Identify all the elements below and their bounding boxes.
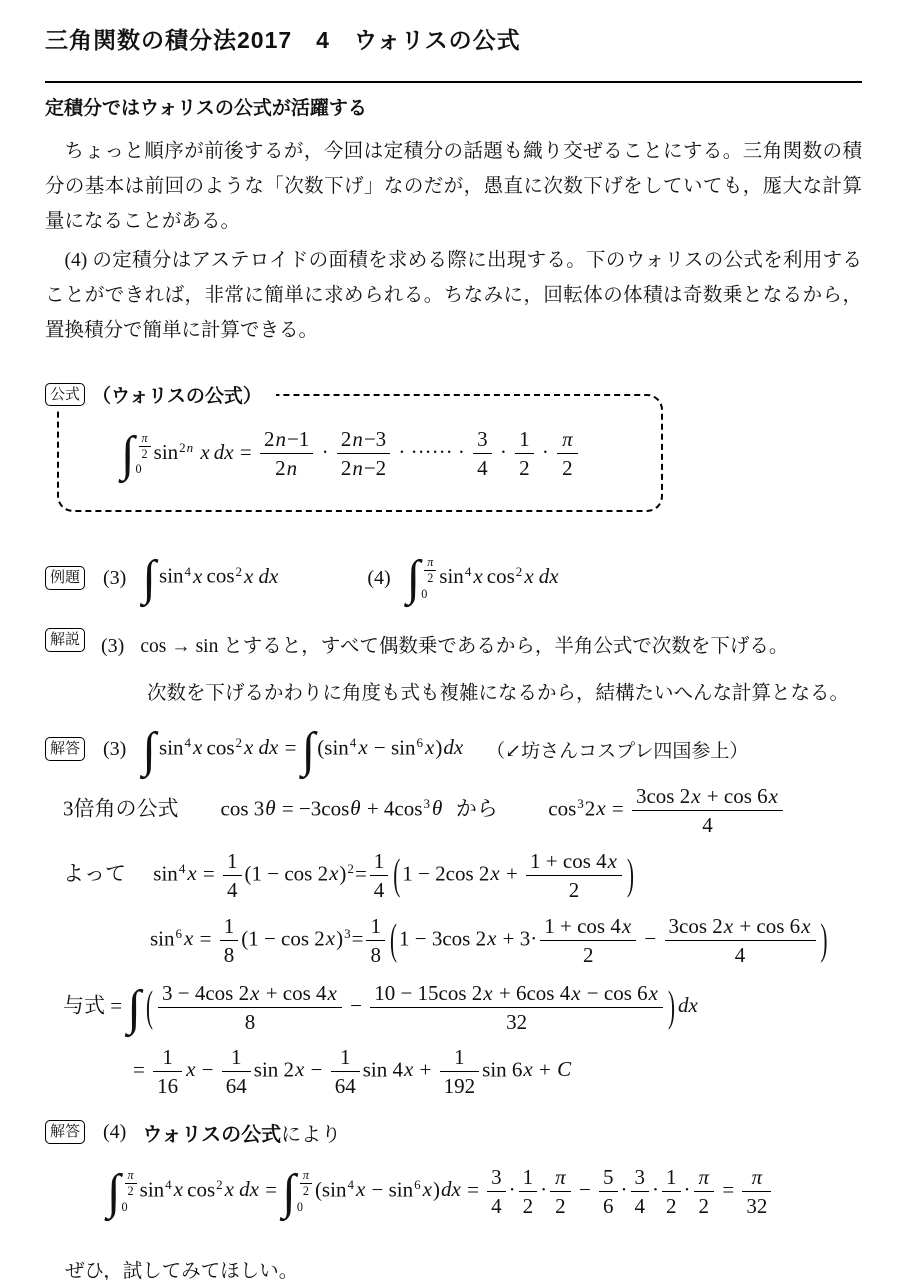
answer-4-row: 解答 (4) ウォリスの公式 により xyxy=(45,1115,862,1149)
triple-angle-equation: 3倍角の公式cos 3θ = −3cosθ + 4cos3θからcos32x =… xyxy=(63,783,786,839)
example-3-number: (3) xyxy=(103,567,126,590)
wallis-formula-box: 公式 （ウォリスの公式） ∫π20sin2nxdx = 2n−12n · 2n−… xyxy=(57,394,663,512)
formula-box-header: 公式 （ウォリスの公式） xyxy=(45,381,276,410)
wallis-formula-bold-reference: ウォリスの公式 xyxy=(142,1118,281,1147)
formula-tag: 公式 xyxy=(45,383,85,407)
explanation-line-1-row: (3) cos → sin とすると，すべて偶数乗であるから，半角公式で次数を下… xyxy=(85,628,849,664)
document-page: 三角関数の積分法2017 4 ウォリスの公式 定積分ではウォリスの公式が活躍する… xyxy=(0,0,905,1280)
answer-4-number: (4) xyxy=(103,1121,126,1144)
antiderivative-result-equation: = 116x − 164sin 2x − 164sin 4x + 1192sin… xyxy=(133,1044,572,1100)
intro-paragraph-2: (4) の定積分はアステロイドの面積を求める際に出現する。下のウォリスの公式を利… xyxy=(45,243,862,348)
title-divider xyxy=(45,81,862,83)
closing-line: ぜひ，試してみてほしい。 xyxy=(65,1255,862,1280)
sin4-expansion-line: よってsin4x = 14(1 − cos 2x)2=14(1 − 2cos 2… xyxy=(63,844,862,906)
sin4-expansion-equation: よってsin4x = 14(1 − cos 2x)2=14(1 − 2cos 2… xyxy=(63,848,636,904)
sin6-expansion-line: sin6x = 18(1 − cos 2x)3=18(1 − 3cos 2x +… xyxy=(150,909,862,971)
given-expression-equation: 与式 = ∫(3 − 4cos 2x + cos 4x8 − 10 − 15co… xyxy=(63,980,699,1036)
example-3-integral: ∫sin4xcos2xdx xyxy=(142,555,279,600)
explanation-body: (3) cos → sin とすると，すべて偶数乗であるから，半角公式で次数を下… xyxy=(85,628,849,711)
answer-4-text: により xyxy=(281,1118,341,1147)
explain-number: (3) xyxy=(101,628,124,664)
sin6-expansion-equation: sin6x = 18(1 − cos 2x)3=18(1 − 3cos 2x +… xyxy=(150,913,830,969)
explanation-line-1: cos → sin とすると，すべて偶数乗であるから，半角公式で次数を下げる。 xyxy=(140,629,788,664)
explanation-line-2: 次数を下げるかわりに角度も式も複雑になるから，結構たいへんな計算となる。 xyxy=(147,676,849,711)
section-heading: 定積分ではウォリスの公式が活躍する xyxy=(45,96,862,122)
example-row: 例題 (3) ∫sin4xcos2xdx (4) ∫π20sin4xcos2xd… xyxy=(45,542,862,614)
answer-3-number: (3) xyxy=(103,738,126,761)
answer-3-tag: 解答 xyxy=(45,737,85,761)
answer-3-row: 解答 (3) ∫sin4xcos2xdx = ∫(sin4x − sin6x)d… xyxy=(45,723,862,775)
final-evaluation-line: ∫π20sin4xcos2xdx = ∫π20(sin4x − sin6x)dx… xyxy=(107,1153,862,1229)
explanation-row: 解説 (3) cos → sin とすると，すべて偶数乗であるから，半角公式で次… xyxy=(45,628,862,711)
example-4-number: (4) xyxy=(367,567,390,590)
answer-3-mnemonic-note: （↙坊さんコスプレ四国参上） xyxy=(486,736,748,763)
example-tag: 例題 xyxy=(45,566,85,590)
final-evaluation-equation: ∫π20sin4xcos2xdx = ∫π20(sin4x − sin6x)dx… xyxy=(107,1164,774,1220)
formula-box-title: （ウォリスの公式） xyxy=(92,381,262,408)
intro-paragraph-1: ちょっと順序が前後するが，今回は定積分の話題も織り交ぜることにする。三角関数の積… xyxy=(45,134,862,239)
antiderivative-result-line: = 116x − 164sin 2x − 164sin 4x + 1192sin… xyxy=(133,1043,862,1099)
answer-4-tag: 解答 xyxy=(45,1120,85,1144)
page-title: 三角関数の積分法2017 4 ウォリスの公式 xyxy=(45,26,862,56)
explain-tag: 解説 xyxy=(45,628,85,652)
example-4-integral: ∫π20sin4xcos2xdx xyxy=(407,554,560,602)
wallis-formula-equation: ∫π20sin2nxdx = 2n−12n · 2n−32n−2 · ·····… xyxy=(121,440,581,464)
answer-3-equation: ∫sin4xcos2xdx = ∫(sin4x − sin6x)dx xyxy=(142,727,464,772)
given-expression-line: 与式 = ∫(3 − 4cos 2x + cos 4x8 − 10 − 15co… xyxy=(63,974,862,1040)
triple-angle-formula-line: 3倍角の公式cos 3θ = −3cosθ + 4cos3θからcos32x =… xyxy=(63,779,862,841)
formula-box-body: ∫π20sin2nxdx = 2n−12n · 2n−32n−2 · ·····… xyxy=(121,426,653,482)
